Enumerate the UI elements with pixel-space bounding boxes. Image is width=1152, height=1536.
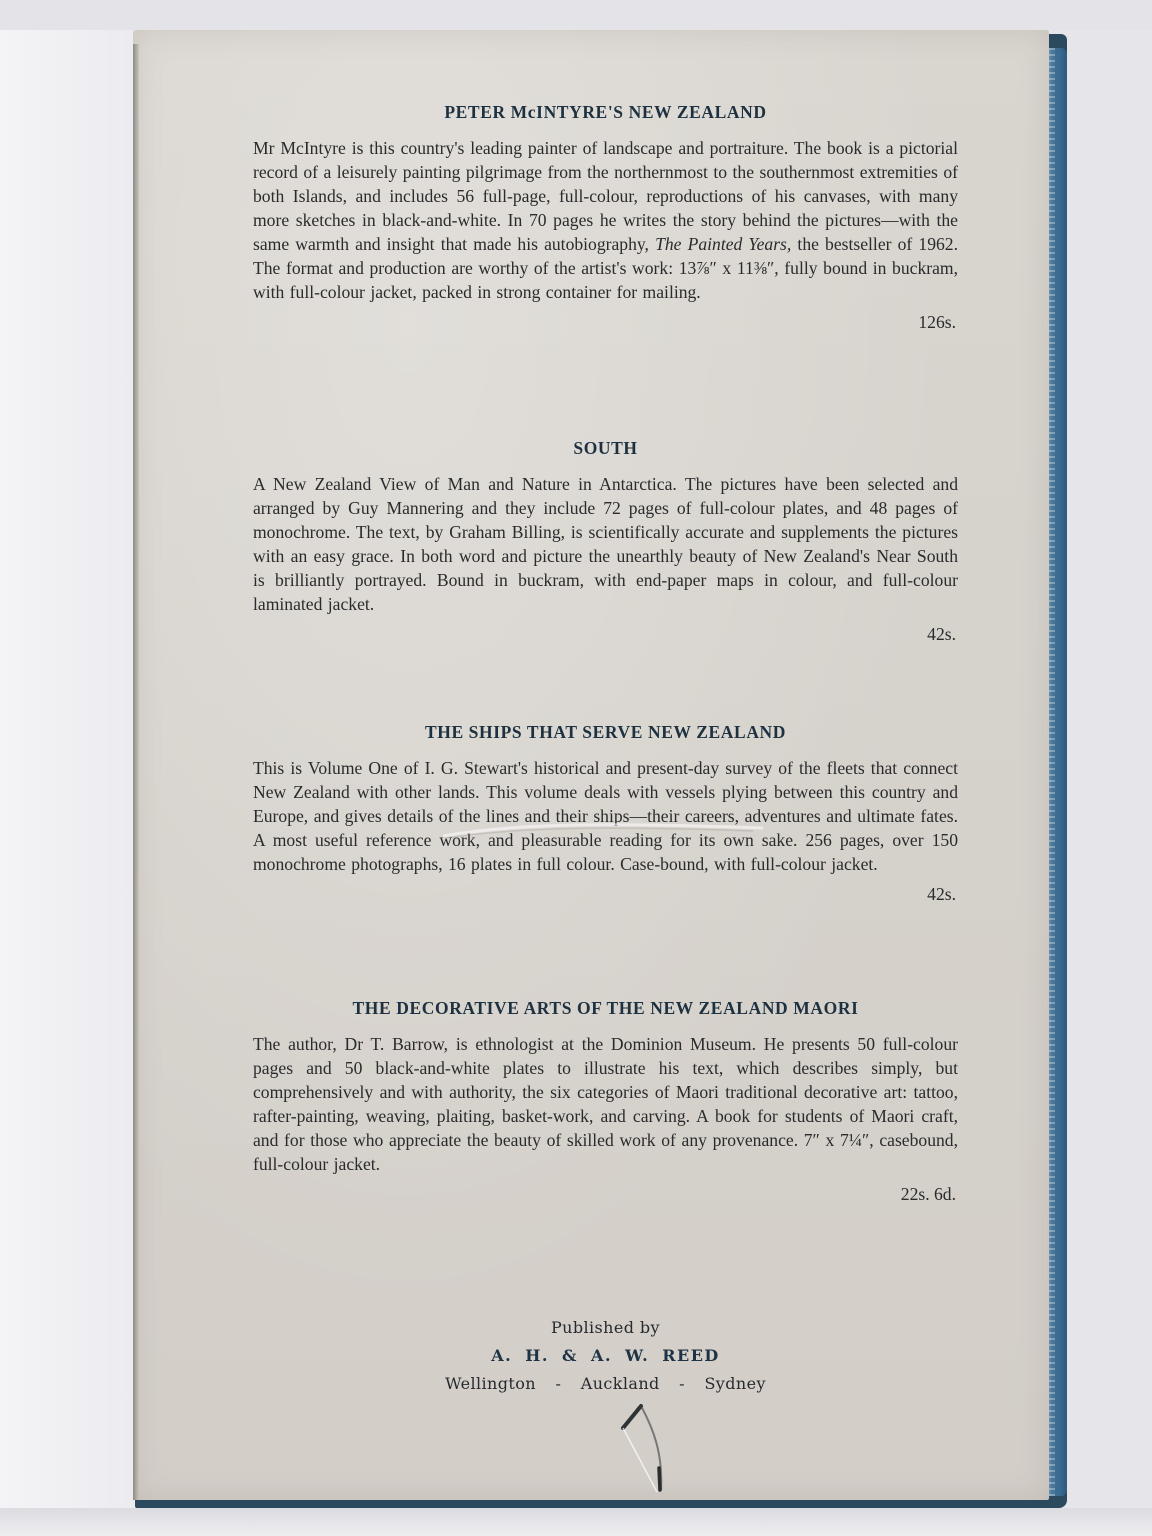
publisher-label: Published by <box>253 1314 958 1342</box>
book-description: A New Zealand View of Man and Nature in … <box>253 472 958 616</box>
publisher-name: A. H. & A. W. REED <box>253 1342 958 1370</box>
dust-jacket-back-cover: PETER McINTYRE'S NEW ZEALAND Mr McIntyre… <box>133 30 1049 1500</box>
book-listing-mcintyre: PETER McINTYRE'S NEW ZEALAND Mr McIntyre… <box>253 100 958 334</box>
book-price: 42s. <box>253 622 958 646</box>
book-title: PETER McINTYRE'S NEW ZEALAND <box>253 100 958 124</box>
jacket-fold-edge <box>133 44 139 1500</box>
book-title: THE SHIPS THAT SERVE NEW ZEALAND <box>253 720 958 744</box>
background-surface <box>0 1508 1152 1536</box>
tear-mark-icon <box>613 1398 673 1498</box>
italic-book-reference: The Painted Years, <box>655 234 791 254</box>
background-wall <box>0 0 135 1536</box>
book-price: 42s. <box>253 882 958 906</box>
publisher-cities: Wellington - Auckland - Sydney <box>253 1370 958 1398</box>
book-title: SOUTH <box>253 436 958 460</box>
background-top <box>0 0 1152 30</box>
book-description: The author, Dr T. Barrow, is ethnologist… <box>253 1032 958 1176</box>
book-price: 126s. <box>253 310 958 334</box>
book-price: 22s. 6d. <box>253 1182 958 1206</box>
book-description: This is Volume One of I. G. Stewart's hi… <box>253 756 958 876</box>
book-title: THE DECORATIVE ARTS OF THE NEW ZEALAND M… <box>253 996 958 1020</box>
book-spine-edge <box>1047 48 1067 1496</box>
publisher-imprint: Published by A. H. & A. W. REED Wellingt… <box>253 1314 958 1398</box>
book-listing-ships: THE SHIPS THAT SERVE NEW ZEALAND This is… <box>253 720 958 906</box>
book-description: Mr McIntyre is this country's leading pa… <box>253 136 958 304</box>
crease-mark-icon <box>433 818 773 842</box>
book: PETER McINTYRE'S NEW ZEALAND Mr McIntyre… <box>133 30 1068 1508</box>
book-listing-south: SOUTH A New Zealand View of Man and Natu… <box>253 436 958 646</box>
book-listing-maori-arts: THE DECORATIVE ARTS OF THE NEW ZEALAND M… <box>253 996 958 1206</box>
